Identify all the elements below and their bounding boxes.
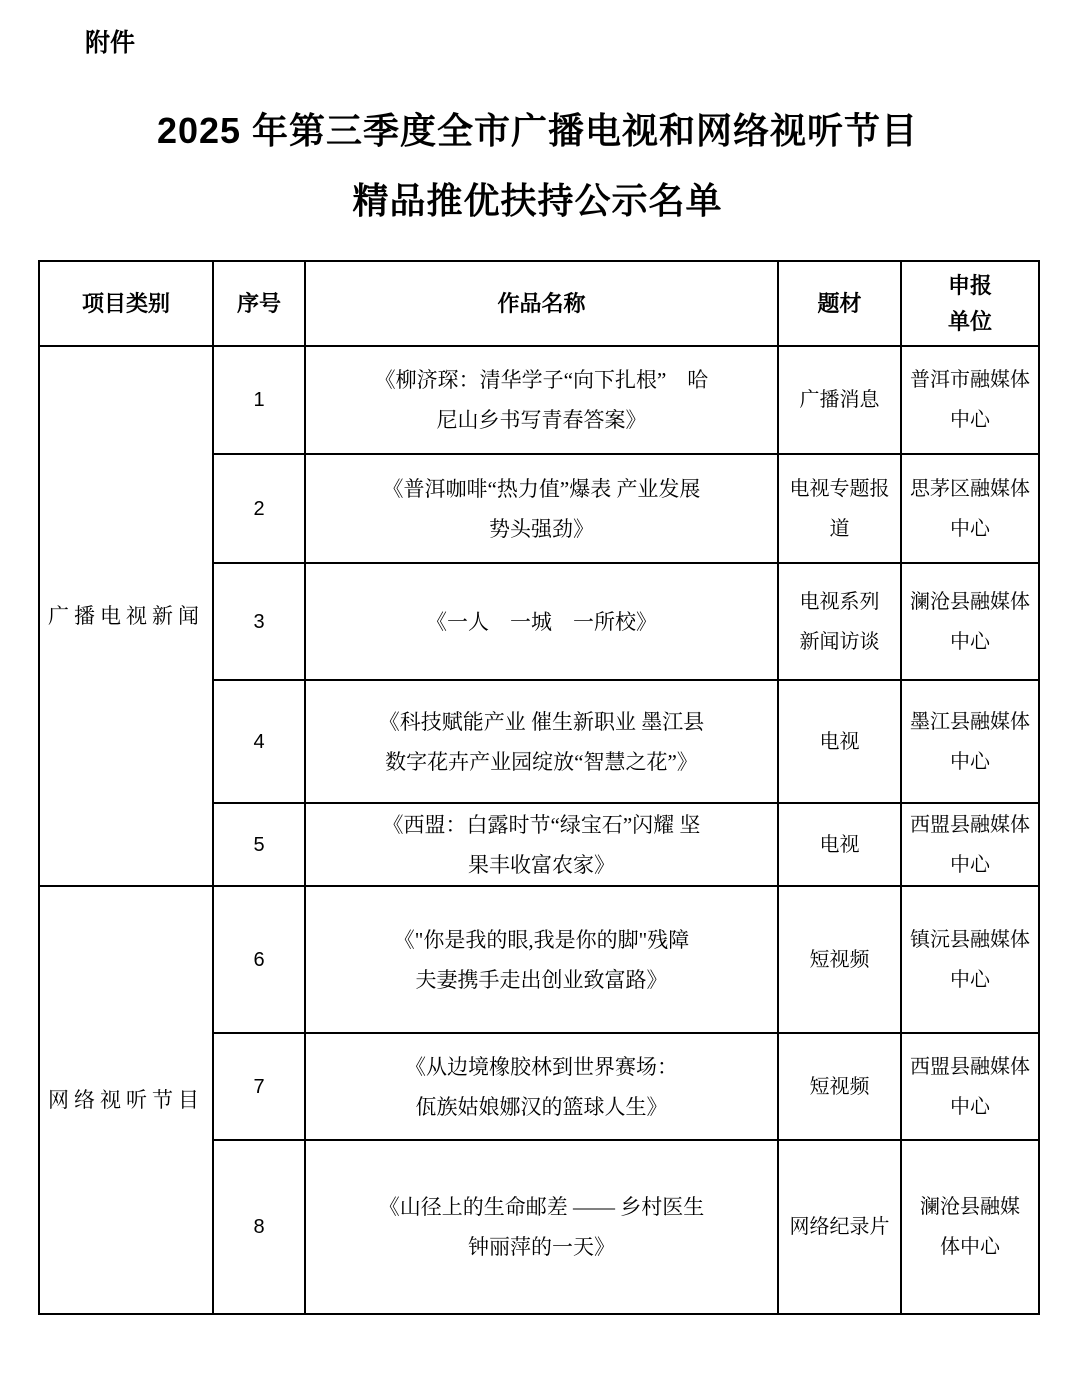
- row-2-index: 2: [213, 454, 305, 563]
- row-5-unit: 西盟县融媒体 中心: [901, 803, 1039, 886]
- row-2-unit: 思茅区融媒体 中心: [901, 454, 1039, 563]
- attachment-label: 附件: [85, 0, 1075, 60]
- row-6-unit: 镇沅县融媒体 中心: [901, 886, 1039, 1033]
- row-7-work-title: 《从边境橡胶林到世界赛场： 佤族姑娘娜汉的篮球人生》: [305, 1033, 778, 1140]
- row-1-work-title: 《柳济琛：清华学子“向下扎根” 哈 尼山乡书写青春答案》: [305, 346, 778, 454]
- row-2-work-title: 《普洱咖啡“热力值”爆表 产业发展 势头强劲》: [305, 454, 778, 563]
- row-6-index: 6: [213, 886, 305, 1033]
- row-1-index: 1: [213, 346, 305, 454]
- row-8-unit: 澜沧县融媒 体中心: [901, 1140, 1039, 1314]
- row-8-genre: 网络纪录片: [778, 1140, 901, 1314]
- row-3-work-title: 《一人 一城 一所校》: [305, 563, 778, 680]
- row-8-index: 8: [213, 1140, 305, 1314]
- row-6-genre: 短视频: [778, 886, 901, 1033]
- row-7-genre: 短视频: [778, 1033, 901, 1140]
- category-cell-online-av-programs: 网络视听节目: [39, 886, 213, 1314]
- row-3-genre: 电视系列 新闻访谈: [778, 563, 901, 680]
- row-2-genre: 电视专题报 道: [778, 454, 901, 563]
- row-1-genre: 广播消息: [778, 346, 901, 454]
- header-index: 序号: [213, 261, 305, 346]
- row-5-genre: 电视: [778, 803, 901, 886]
- row-3-unit: 澜沧县融媒体 中心: [901, 563, 1039, 680]
- document-title-line-1: 2025 年第三季度全市广播电视和网络视听节目: [0, 96, 1075, 166]
- row-4-unit: 墨江县融媒体 中心: [901, 680, 1039, 803]
- row-4-genre: 电视: [778, 680, 901, 803]
- row-7-unit: 西盟县融媒体 中心: [901, 1033, 1039, 1140]
- document-title: 2025 年第三季度全市广播电视和网络视听节目 精品推优扶持公示名单: [0, 96, 1075, 236]
- program-list-table: 项目类别 序号 作品名称 题材 申报 单位 广播电视新闻 1 《柳济琛：清华学子…: [38, 260, 1040, 1315]
- row-3-index: 3: [213, 563, 305, 680]
- document-title-line-2: 精品推优扶持公示名单: [0, 166, 1075, 236]
- table-row-1: 广播电视新闻 1 《柳济琛：清华学子“向下扎根” 哈 尼山乡书写青春答案》 广播…: [39, 346, 1039, 454]
- row-8-work-title: 《山径上的生命邮差 —— 乡村医生 钟丽萍的一天》: [305, 1140, 778, 1314]
- category-cell-broadcast-tv-news: 广播电视新闻: [39, 346, 213, 886]
- row-5-index: 5: [213, 803, 305, 886]
- row-7-index: 7: [213, 1033, 305, 1140]
- header-genre: 题材: [778, 261, 901, 346]
- header-unit: 申报 单位: [901, 261, 1039, 346]
- row-6-work-title: 《"你是我的眼,我是你的脚"残障 夫妻携手走出创业致富路》: [305, 886, 778, 1033]
- row-1-unit: 普洱市融媒体 中心: [901, 346, 1039, 454]
- table-header-row: 项目类别 序号 作品名称 题材 申报 单位: [39, 261, 1039, 346]
- row-5-work-title: 《西盟：白露时节“绿宝石”闪耀 坚 果丰收富农家》: [305, 803, 778, 886]
- row-4-work-title: 《科技赋能产业 催生新职业 墨江县 数字花卉产业园绽放“智慧之花”》: [305, 680, 778, 803]
- header-work-title: 作品名称: [305, 261, 778, 346]
- header-category: 项目类别: [39, 261, 213, 346]
- table-row-6: 网络视听节目 6 《"你是我的眼,我是你的脚"残障 夫妻携手走出创业致富路》 短…: [39, 886, 1039, 1033]
- row-4-index: 4: [213, 680, 305, 803]
